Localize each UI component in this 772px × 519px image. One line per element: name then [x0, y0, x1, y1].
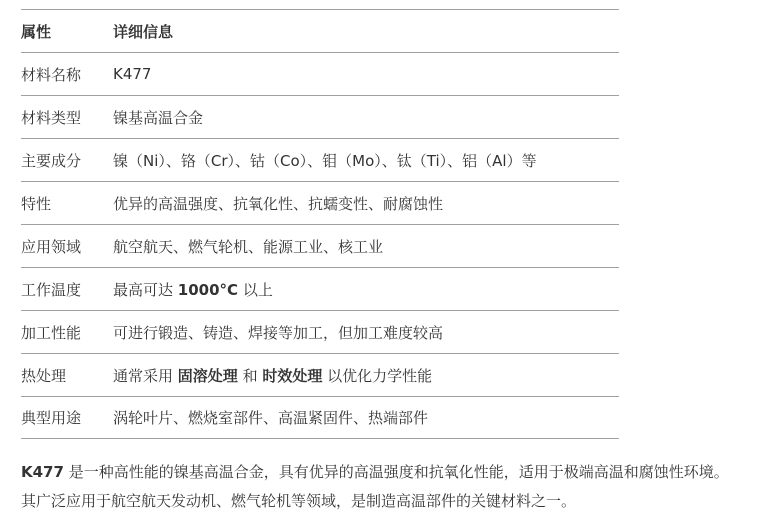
table-row: 典型用途 涡轮叶片、燃烧室部件、高温紧固件、热端部件	[21, 396, 619, 439]
table-header-row: 属性 详细信息	[21, 9, 619, 52]
value-text: 和	[238, 367, 263, 385]
row-value: 可进行锻造、铸造、焊接等加工，但加工难度较高	[113, 322, 443, 343]
row-attribute: 热处理	[21, 365, 113, 386]
value-text: 以优化力学性能	[322, 367, 432, 385]
row-attribute: 加工性能	[21, 322, 113, 343]
row-attribute: 工作温度	[21, 279, 113, 300]
value-text: 最高可达	[113, 281, 178, 299]
table-row: 材料类型 镍基高温合金	[21, 95, 619, 138]
value-text: 通常采用	[113, 367, 178, 385]
value-bold: 固溶处理	[178, 367, 238, 385]
table-row: 特性 优异的高温强度、抗氧化性、抗蠕变性、耐腐蚀性	[21, 181, 619, 224]
row-value: 涡轮叶片、燃烧室部件、高温紧固件、热端部件	[113, 407, 428, 428]
table-row: 材料名称 K477	[21, 52, 619, 95]
summary-bold: K477	[21, 463, 64, 481]
row-value: 航空航天、燃气轮机、能源工业、核工业	[113, 236, 383, 257]
row-value: 镍基高温合金	[113, 107, 203, 128]
row-attribute: 特性	[21, 193, 113, 214]
summary-line-2: 其广泛应用于航空航天发动机、燃气轮机等领域，是制造高温部件的关键材料之一。	[21, 490, 772, 511]
row-value: 优异的高温强度、抗氧化性、抗蠕变性、耐腐蚀性	[113, 193, 443, 214]
summary-text: 是一种高性能的镍基高温合金，具有优异的高温强度和抗氧化性能，适用于极端高温和腐蚀…	[64, 463, 729, 481]
properties-table: 属性 详细信息 材料名称 K477 材料类型 镍基高温合金 主要成分 镍（Ni）…	[21, 9, 619, 439]
row-value: 镍（Ni）、铬（Cr）、钴（Co）、钼（Mo）、钛（Ti）、铝（Al）等	[113, 150, 537, 171]
row-attribute: 材料名称	[21, 64, 113, 85]
table-row: 加工性能 可进行锻造、铸造、焊接等加工，但加工难度较高	[21, 310, 619, 353]
row-attribute: 典型用途	[21, 407, 113, 428]
summary-line-1: K477 是一种高性能的镍基高温合金，具有优异的高温强度和抗氧化性能，适用于极端…	[21, 461, 772, 482]
row-attribute: 应用领域	[21, 236, 113, 257]
row-value: 最高可达 1000°C 以上	[113, 279, 273, 300]
table-row: 热处理 通常采用 固溶处理 和 时效处理 以优化力学性能	[21, 353, 619, 396]
row-value: K477	[113, 65, 151, 83]
value-bold: 1000°C	[178, 281, 238, 299]
row-attribute: 材料类型	[21, 107, 113, 128]
row-attribute: 主要成分	[21, 150, 113, 171]
header-attribute: 属性	[21, 21, 113, 42]
table-row: 应用领域 航空航天、燃气轮机、能源工业、核工业	[21, 224, 619, 267]
header-details: 详细信息	[113, 21, 173, 42]
row-value: 通常采用 固溶处理 和 时效处理 以优化力学性能	[113, 365, 432, 386]
table-row: 主要成分 镍（Ni）、铬（Cr）、钴（Co）、钼（Mo）、钛（Ti）、铝（Al）…	[21, 138, 619, 181]
value-bold: 时效处理	[262, 367, 322, 385]
table-row: 工作温度 最高可达 1000°C 以上	[21, 267, 619, 310]
value-text: 以上	[238, 281, 273, 299]
